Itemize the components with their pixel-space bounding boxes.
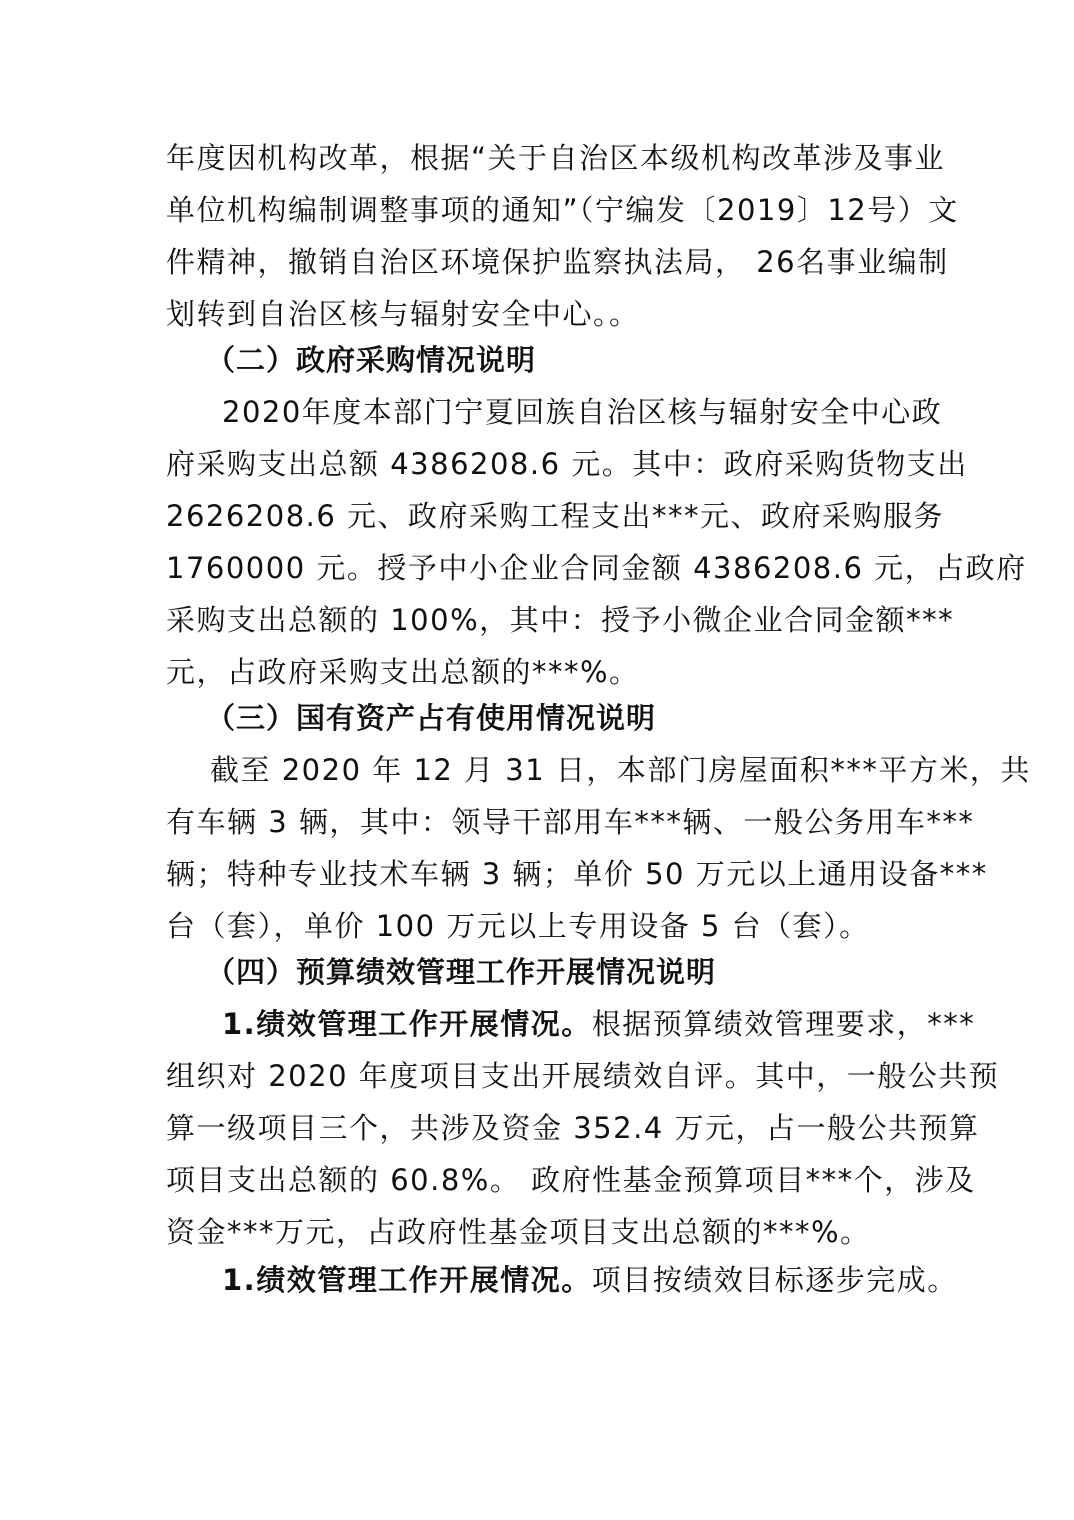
paragraph-line: 有车辆 3 辆，其中：领导干部用车***辆、一般公务用车***	[166, 802, 911, 842]
paragraph-line: 件精神，撤销自治区环境保护监察执法局， 26名事业编制	[166, 242, 911, 282]
paragraph-line: 元，占政府采购支出总额的***%。	[166, 652, 911, 692]
paragraph-line: 府采购支出总额 4386208.6 元。其中：政府采购货物支出	[166, 444, 911, 484]
paragraph-line: 2020年度本部门宁夏回族自治区核与辐射安全中心政	[222, 392, 911, 432]
paragraph-line: 截至 2020 年 12 月 31 日，本部门房屋面积***平方米，共	[210, 750, 911, 790]
performance-item-2-title: 1.绩效管理工作开展情况。	[222, 1263, 592, 1297]
section-heading-performance: （四）预算绩效管理工作开展情况说明	[206, 952, 716, 992]
paragraph-line: 资金***万元，占政府性基金项目支出总额的***%。	[166, 1212, 911, 1252]
performance-item-2-text: 项目按绩效目标逐步完成。	[592, 1263, 958, 1297]
section-heading-state-assets: （三）国有资产占有使用情况说明	[206, 698, 656, 738]
paragraph-line: 划转到自治区核与辐射安全中心。。	[166, 294, 911, 334]
performance-item-1-text: 根据预算绩效管理要求，***	[592, 1004, 976, 1044]
paragraph-line: 算一级项目三个，共涉及资金 352.4 万元，占一般公共预算	[166, 1108, 911, 1148]
paragraph-line: 组织对 2020 年度项目支出开展绩效自评。其中，一般公共预	[166, 1056, 911, 1096]
paragraph-line: 1760000 元。授予中小企业合同金额 4386208.6 元，占政府	[166, 548, 911, 588]
section-heading-procurement: （二）政府采购情况说明	[206, 340, 536, 380]
paragraph-line: 台（套），单价 100 万元以上专用设备 5 台（套）。	[166, 906, 911, 946]
paragraph-line: 单位机构编制调整事项的通知”（宁编发〔2019〕12号）文	[166, 190, 911, 230]
paragraph-line: 年度因机构改革，根据“关于自治区本级机构改革涉及事业	[166, 138, 911, 178]
performance-item-2: 1.绩效管理工作开展情况。项目按绩效目标逐步完成。	[222, 1260, 911, 1300]
performance-item-1-first-line: 1.绩效管理工作开展情况。 根据预算绩效管理要求，***	[222, 1004, 911, 1044]
document-page: 年度因机构改革，根据“关于自治区本级机构改革涉及事业 单位机构编制调整事项的通知…	[0, 0, 1074, 1520]
performance-item-1-title: 1.绩效管理工作开展情况。	[222, 1004, 592, 1044]
paragraph-line: 辆；特种专业技术车辆 3 辆；单价 50 万元以上通用设备***	[166, 854, 911, 894]
paragraph-line: 采购支出总额的 100%，其中：授予小微企业合同金额***	[166, 600, 911, 640]
paragraph-line: 2626208.6 元、政府采购工程支出***元、政府采购服务	[166, 496, 911, 536]
paragraph-line: 项目支出总额的 60.8%。 政府性基金预算项目***个，涉及	[166, 1160, 911, 1200]
